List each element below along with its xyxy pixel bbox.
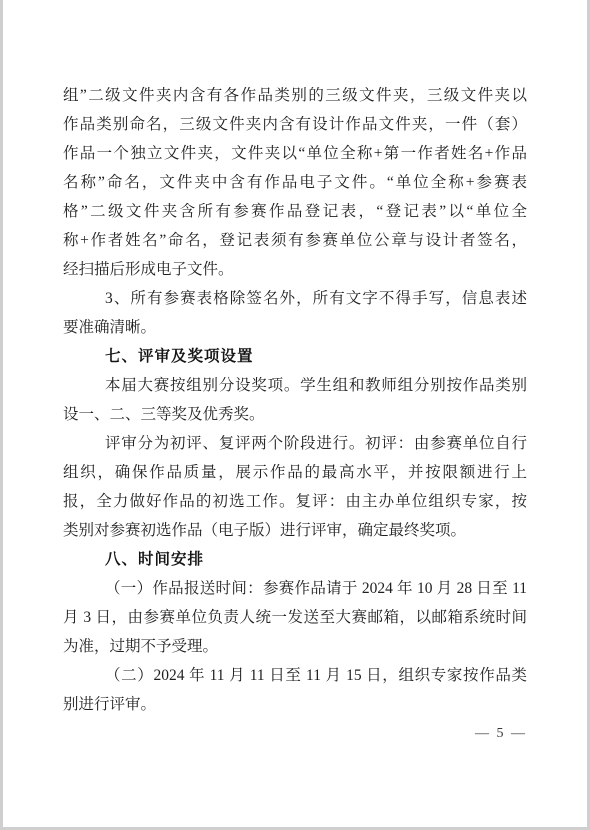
section-heading: 八、时间安排 [63,545,527,574]
page-number: — 5 — [475,726,527,742]
text-line: 称+作者姓名”命名，登记表须有参赛单位公章与设计者签名， [63,226,527,255]
text-line: 别进行评审。 [63,690,527,719]
text-line: 为准，过期不予受理。 [63,632,527,661]
document-body: 组”二级文件夹内含有各作品类别的三级文件夹，三级文件夹以作品类别命名，三级文件夹… [63,81,527,719]
text-line: 作品类别命名，三级文件夹内含有设计作品文件夹，一件（套） [63,110,527,139]
text-line: （二）2024 年 11 月 11 日至 11 月 15 日，组织专家按作品类 [63,661,527,690]
text-line: 报，全力做好作品的初选工作。复评：由主办单位组织专家，按 [63,487,527,516]
text-line: 设一、二、三等奖及优秀奖。 [63,400,527,429]
text-line: 月 3 日，由参赛单位负责人统一发送至大赛邮箱，以邮箱系统时间 [63,603,527,632]
text-line: 格”二级文件夹含所有参赛作品登记表，“登记表”以“单位全 [63,197,527,226]
text-line: 3、所有参赛表格除签名外，所有文字不得手写，信息表述 [63,284,527,313]
document-page: 组”二级文件夹内含有各作品类别的三级文件夹，三级文件夹以作品类别命名，三级文件夹… [0,0,590,830]
text-line: 要准确清晰。 [63,313,527,342]
text-line: （一）作品报送时间：参赛作品请于 2024 年 10 月 28 日至 11 [63,574,527,603]
text-line: 经扫描后形成电子文件。 [63,255,527,284]
text-line: 组”二级文件夹内含有各作品类别的三级文件夹，三级文件夹以 [63,81,527,110]
text-line: 类别对参赛初选作品（电子版）进行评审，确定最终奖项。 [63,516,527,545]
text-line: 评审分为初评、复评两个阶段进行。初评：由参赛单位自行 [63,429,527,458]
section-heading: 七、评审及奖项设置 [63,342,527,371]
text-line: 本届大赛按组别分设奖项。学生组和教师组分别按作品类别 [63,371,527,400]
text-line: 组织，确保作品质量，展示作品的最高水平，并按限额进行上 [63,458,527,487]
text-line: 名称”命名，文件夹中含有作品电子文件。“单位全称+参赛表 [63,168,527,197]
text-line: 作品一个独立文件夹，文件夹以“单位全称+第一作者姓名+作品 [63,139,527,168]
